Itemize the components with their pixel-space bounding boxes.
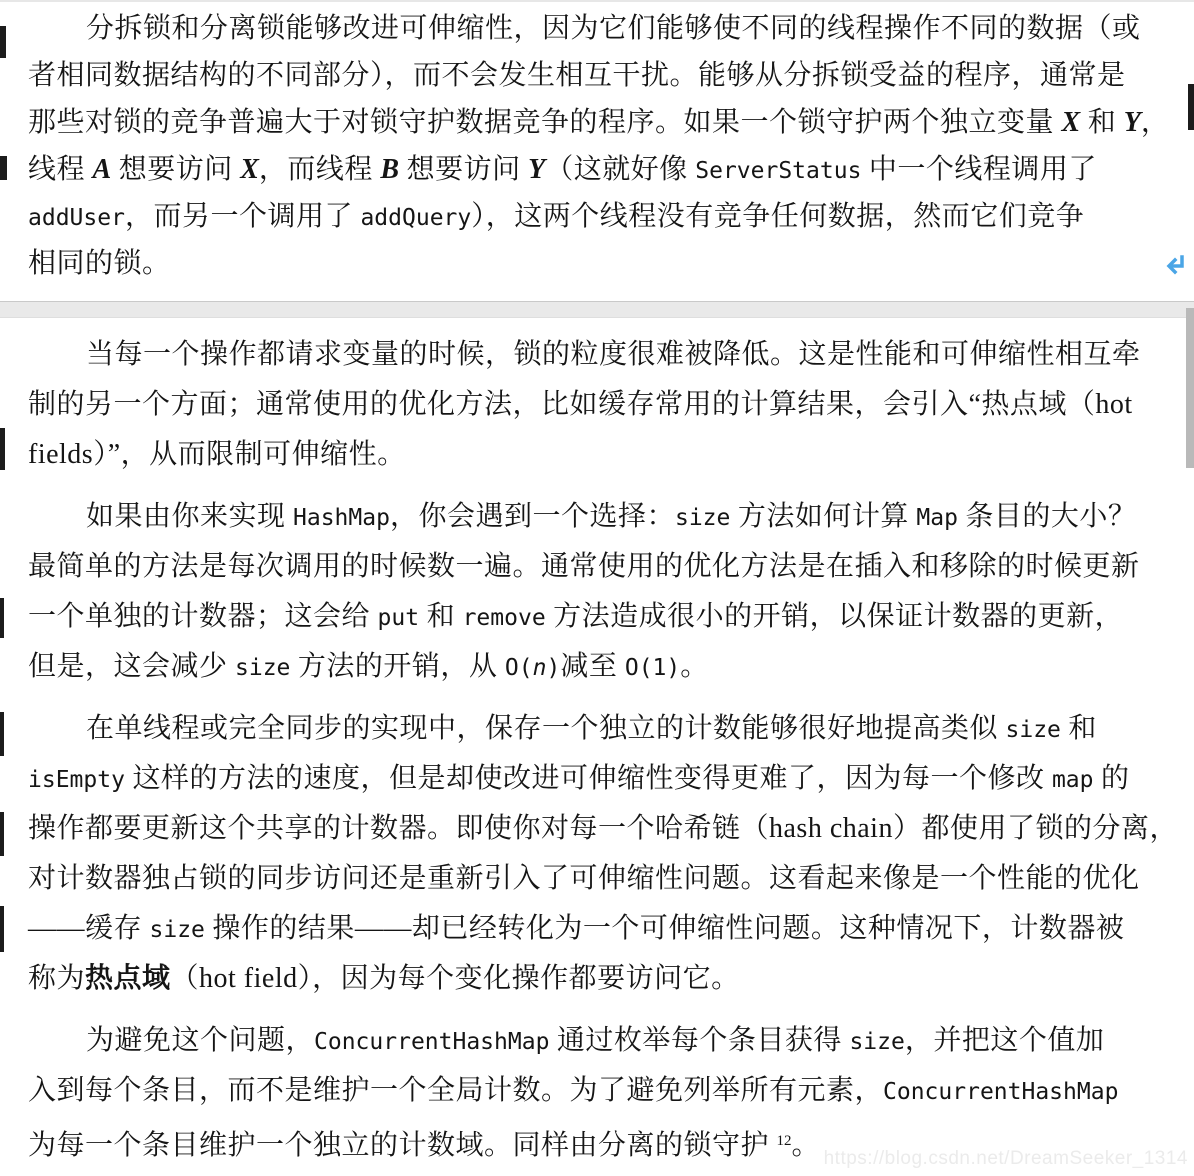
scan-edge-artifact — [0, 812, 4, 856]
text-span: 方法的开销，从 — [290, 651, 505, 682]
text-span: 。 — [792, 1130, 821, 1161]
text-line: 线程 A 想要访问 X，而线程 B 想要访问 Y（这就好像 ServerStat… — [28, 146, 1186, 193]
text-span: 在单线程或完全同步的实现中，保存一个独立的计数能够很好地提高类似 — [86, 713, 1006, 744]
text-span: 制的另一个方面；通常使用的优化方法，比如缓存常用的计算结果，会引入“热点域（ho… — [28, 389, 1133, 420]
text-span: 但是，这会减少 — [28, 651, 235, 682]
code-span: size — [849, 1029, 904, 1055]
code-span: size — [150, 917, 205, 943]
code-span: map — [1052, 767, 1094, 793]
text-span: 者相同数据结构的不同部分），而不会发生相互干扰。能够从分拆锁受益的程序，通常是 — [28, 60, 1126, 91]
text-span: 当每一个操作都请求变量的时候，锁的粒度很难被降低。这是性能和可伸缩性相互牵 — [86, 339, 1141, 370]
text-span: 称为 — [28, 963, 85, 994]
scanned-page: { "page": { "watermark": "https://blog.c… — [0, 0, 1194, 1176]
text-span: 这样的方法的速度，但是却使改进可伸缩性变得更难了，因为每一个修改 — [125, 763, 1052, 794]
text-span: 想要访问 — [111, 154, 240, 185]
page-top-edge — [0, 0, 1194, 2]
text-span: B — [380, 154, 399, 185]
code-span: O( — [505, 655, 533, 681]
text-span: 中一个线程调用了 — [861, 154, 1097, 185]
text-span: ），这两个线程没有竞争任何数据，然而它们竞争 — [471, 201, 1084, 232]
text-span: A — [93, 154, 112, 185]
text-span: 想要访问 — [399, 154, 528, 185]
text-span: 和 — [1080, 107, 1124, 138]
paragraph: 分拆锁和分离锁能够改进可伸缩性，因为它们能够使不同的线程操作不同的数据（或者相同… — [28, 5, 1186, 287]
text-span: Y — [1124, 107, 1141, 138]
text-span: 方法如何计算 — [730, 501, 916, 532]
text-line: 制的另一个方面；通常使用的优化方法，比如缓存常用的计算结果，会引入“热点域（ho… — [28, 380, 1186, 430]
text-span: 条目的大小？ — [958, 501, 1137, 532]
code-span: Map — [916, 505, 958, 531]
text-line: fields）”，从而限制可伸缩性。 — [28, 430, 1186, 480]
text-span: 12 — [777, 1133, 792, 1149]
text-span: 入到每个条目，而不是维护一个全局计数。为了避免列举所有元素， — [28, 1075, 883, 1106]
text-span: 和 — [419, 601, 463, 632]
text-span: Y — [528, 154, 545, 185]
text-span: 减至 — [560, 651, 625, 682]
text-span: X — [1062, 107, 1081, 138]
code-span: ) — [546, 655, 560, 681]
scan-edge-artifact — [0, 906, 4, 952]
text-line: 如果由你来实现 HashMap，你会遇到一个选择：size 方法如何计算 Map… — [28, 492, 1186, 542]
text-line: 入到每个条目，而不是维护一个全局计数。为了避免列举所有元素，Concurrent… — [28, 1066, 1186, 1116]
text-line: 分拆锁和分离锁能够改进可伸缩性，因为它们能够使不同的线程操作不同的数据（或 — [28, 5, 1186, 52]
code-span: put — [378, 605, 420, 631]
text-line: 在单线程或完全同步的实现中，保存一个独立的计数能够很好地提高类似 size 和 — [28, 704, 1186, 754]
text-span: 那些对锁的竞争普遍大于对锁守护数据竞争的程序。如果一个锁守护两个独立变量 — [28, 107, 1062, 138]
text-span: ——缓存 — [28, 913, 150, 944]
text-line: 但是，这会减少 size 方法的开销，从 O(n)减至 O(1)。 — [28, 642, 1186, 692]
text-span: 操作都要更新这个共享的计数器。即使你对每一个哈希链（hash chain）都使用… — [28, 813, 1178, 844]
text-span: 分拆锁和分离锁能够改进可伸缩性，因为它们能够使不同的线程操作不同的数据（或 — [86, 13, 1141, 44]
text-span: ，而线程 — [259, 154, 381, 185]
text-span: ，并把这个值加 — [905, 1025, 1105, 1056]
code-span: addUser — [28, 205, 125, 231]
text-span: 为每一个条目维护一个独立的计数域。同样由分离的锁守护 — [28, 1130, 777, 1161]
watermark: https://blog.csdn.net/DreamSeeker_1314 — [824, 1148, 1188, 1170]
scan-edge-artifact — [0, 26, 6, 58]
code-span: ServerStatus — [695, 158, 861, 184]
text-span: 通过枚举每个条目获得 — [549, 1025, 849, 1056]
text-span: 为避免这个问题， — [86, 1025, 314, 1056]
text-line: 为避免这个问题，ConcurrentHashMap 通过枚举每个条目获得 siz… — [28, 1016, 1186, 1066]
code-span: ConcurrentHashMap — [883, 1079, 1118, 1105]
text-span: 一个单独的计数器；这会给 — [28, 601, 378, 632]
scrollbar-thumb[interactable] — [1186, 308, 1194, 468]
scan-edge-artifact — [0, 428, 5, 470]
paragraph: 在单线程或完全同步的实现中，保存一个独立的计数能够很好地提高类似 size 和i… — [28, 704, 1186, 1004]
text-span: 操作的结果——却已经转化为一个可伸缩性问题。这种情况下，计数器被 — [205, 913, 1125, 944]
text-line: 者相同数据结构的不同部分），而不会发生相互干扰。能够从分拆锁受益的程序，通常是 — [28, 52, 1186, 99]
text-span: 方法造成很小的开销，以保证计数器的更新， — [546, 601, 1124, 632]
text-line: ——缓存 size 操作的结果——却已经转化为一个可伸缩性问题。这种情况下，计数… — [28, 904, 1186, 954]
text-span: fields）”，从而限制可伸缩性。 — [28, 439, 406, 470]
text-span: X — [240, 154, 259, 185]
top-text-block: 分拆锁和分离锁能够改进可伸缩性，因为它们能够使不同的线程操作不同的数据（或者相同… — [28, 5, 1186, 287]
text-span: 热点域 — [85, 963, 171, 994]
text-span: ，而另一个调用了 — [125, 201, 361, 232]
code-span: size — [1006, 717, 1061, 743]
text-span: 最简单的方法是每次调用的时候数一遍。通常使用的优化方法是在插入和移除的时候更新 — [28, 551, 1140, 582]
text-span: ， — [1141, 107, 1170, 138]
scan-edge-artifact — [0, 156, 7, 180]
main-text-block: 当每一个操作都请求变量的时候，锁的粒度很难被降低。这是性能和可伸缩性相互牵制的另… — [28, 318, 1186, 1176]
text-line: 对计数器独占锁的同步访问还是重新引入了可伸缩性问题。这看起来像是一个性能的优化 — [28, 854, 1186, 904]
text-line: 最简单的方法是每次调用的时候数一遍。通常使用的优化方法是在插入和移除的时候更新 — [28, 542, 1186, 592]
code-span: n — [533, 655, 547, 681]
text-span: （hot field），因为每个变化操作都要访问它。 — [171, 963, 740, 994]
scan-edge-artifact — [0, 712, 4, 756]
paragraph: 当每一个操作都请求变量的时候，锁的粒度很难被降低。这是性能和可伸缩性相互牵制的另… — [28, 330, 1186, 480]
code-span: ConcurrentHashMap — [314, 1029, 549, 1055]
code-span: remove — [463, 605, 546, 631]
code-span: size — [675, 505, 730, 531]
text-line: addUser，而另一个调用了 addQuery），这两个线程没有竞争任何数据，… — [28, 193, 1186, 240]
text-line: isEmpty 这样的方法的速度，但是却使改进可伸缩性变得更难了，因为每一个修改… — [28, 754, 1186, 804]
enter-return-icon — [1162, 252, 1188, 278]
text-line: 一个单独的计数器；这会给 put 和 remove 方法造成很小的开销，以保证计… — [28, 592, 1186, 642]
text-span: 。 — [680, 651, 709, 682]
paragraph: 为避免这个问题，ConcurrentHashMap 通过枚举每个条目获得 siz… — [28, 1016, 1186, 1166]
scan-edge-artifact — [1188, 84, 1194, 130]
code-span: addQuery — [360, 205, 471, 231]
text-span: （这就好像 — [545, 154, 695, 185]
code-span: isEmpty — [28, 767, 125, 793]
text-span: 和 — [1061, 713, 1097, 744]
paragraph: 如果由你来实现 HashMap，你会遇到一个选择：size 方法如何计算 Map… — [28, 492, 1186, 692]
text-span: 相同的锁。 — [28, 248, 171, 279]
code-span: O(1) — [625, 655, 680, 681]
text-span: 对计数器独占锁的同步访问还是重新引入了可伸缩性问题。这看起来像是一个性能的优化 — [28, 863, 1140, 894]
text-span: ，你会遇到一个选择： — [390, 501, 675, 532]
text-span: 如果由你来实现 — [86, 501, 293, 532]
scan-edge-artifact — [0, 598, 4, 638]
text-line: 那些对锁的竞争普遍大于对锁守护数据竞争的程序。如果一个锁守护两个独立变量 X 和… — [28, 99, 1186, 146]
text-line: 称为热点域（hot field），因为每个变化操作都要访问它。 — [28, 954, 1186, 1004]
text-line: 当每一个操作都请求变量的时候，锁的粒度很难被降低。这是性能和可伸缩性相互牵 — [28, 330, 1186, 380]
section-divider — [0, 301, 1194, 318]
text-line: 相同的锁。 — [28, 240, 1186, 287]
code-span: HashMap — [293, 505, 390, 531]
code-span: size — [235, 655, 290, 681]
text-span: 线程 — [28, 154, 93, 185]
text-span: 的 — [1094, 763, 1130, 794]
text-line: 操作都要更新这个共享的计数器。即使你对每一个哈希链（hash chain）都使用… — [28, 804, 1186, 854]
